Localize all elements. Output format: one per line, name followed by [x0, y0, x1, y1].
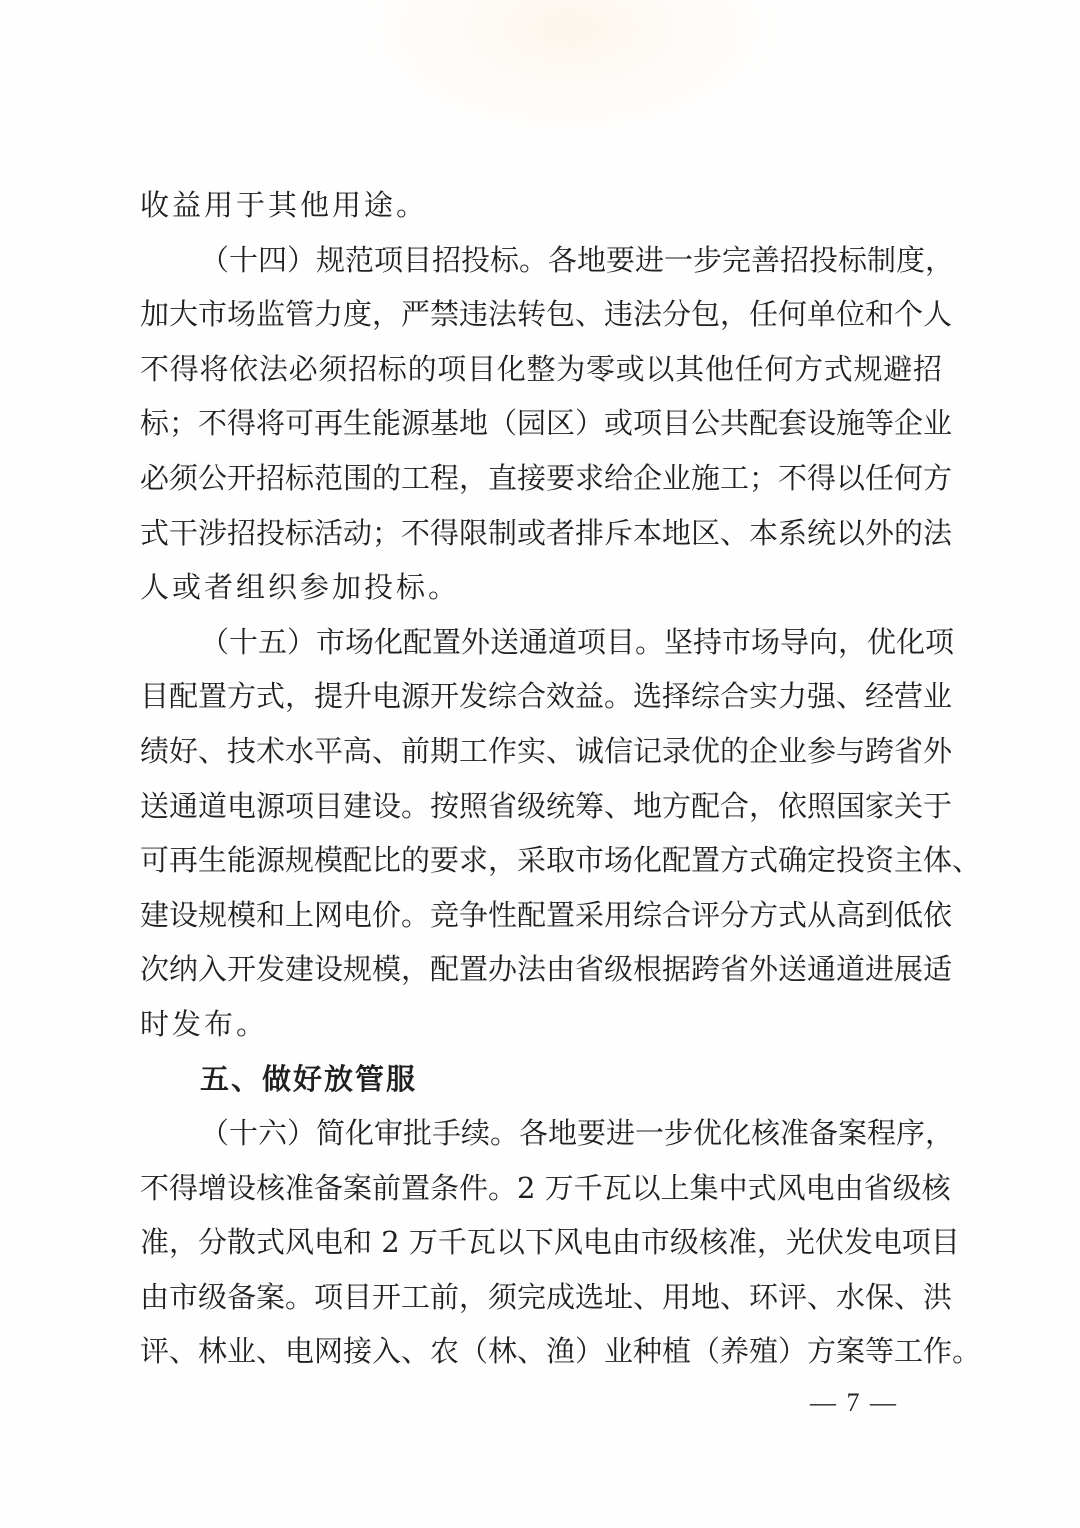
- section-14-opening: （十四）规范项目招投标。各地要进一步完善招投标制度，: [140, 233, 942, 288]
- text-line-4: 不得将依法必须招标的项目化整为零或以其他任何方式规避招: [140, 342, 942, 397]
- paragraph-text: 评、林业、电网接入、农（林、渔）业种植（养殖）方案等工作。: [140, 1324, 942, 1379]
- bleed-through-stain: [360, 0, 780, 140]
- page-number: — 7 —: [810, 1388, 898, 1418]
- text-line-3: 加大市场监管力度，严禁违法转包、违法分包，任何单位和个人: [140, 287, 942, 342]
- paragraph-text: 次纳入开发建设规模，配置办法由省级根据跨省外送通道进展适: [140, 942, 942, 997]
- paragraph-text: 目配置方式，提升电源开发综合效益。选择综合实力强、经营业: [140, 669, 942, 724]
- text-line-11: 绩好、技术水平高、前期工作实、诚信记录优的企业参与跨省外: [140, 724, 942, 779]
- paragraph-text: 可再生能源规模配比的要求，采取市场化配置方式确定投资主体、: [140, 833, 942, 888]
- text-line-10: 目配置方式，提升电源开发综合效益。选择综合实力强、经营业: [140, 669, 942, 724]
- paragraph-text: 不得增设核准备案前置条件。2 万千瓦以上集中式风电由省级核: [140, 1161, 942, 1216]
- paragraph-text: 准，分散式风电和 2 万千瓦以下风电由市级核准，光伏发电项目: [140, 1215, 942, 1270]
- text-line-15: 次纳入开发建设规模，配置办法由省级根据跨省外送通道进展适: [140, 942, 942, 997]
- text-line-8: 人或者组织参加投标。: [140, 560, 942, 615]
- paragraph-text: 送通道电源项目建设。按照省级统筹、地方配合，依照国家关于: [140, 779, 942, 834]
- paragraph-text: 标；不得将可再生能源基地（园区）或项目公共配套设施等企业: [140, 396, 942, 451]
- text-line-14: 建设规模和上网电价。竞争性配置采用综合评分方式从高到低依: [140, 888, 942, 943]
- text-line-12: 送通道电源项目建设。按照省级统筹、地方配合，依照国家关于: [140, 779, 942, 834]
- paragraph-text: 绩好、技术水平高、前期工作实、诚信记录优的企业参与跨省外: [140, 724, 942, 779]
- document-body: 收益用于其他用途。 （十四）规范项目招投标。各地要进一步完善招投标制度， 加大市…: [140, 178, 942, 1379]
- paragraph-text: 必须公开招标范围的工程，直接要求给企业施工；不得以任何方: [140, 451, 942, 506]
- text-line-22: 评、林业、电网接入、农（林、渔）业种植（养殖）方案等工作。: [140, 1324, 942, 1379]
- text-line-7: 式干涉招投标活动；不得限制或者排斥本地区、本系统以外的法: [140, 506, 942, 561]
- paragraph-text: 收益用于其他用途。: [140, 178, 942, 233]
- paragraph-text: 加大市场监管力度，严禁违法转包、违法分包，任何单位和个人: [140, 287, 942, 342]
- heading-text: 五、做好放管服: [140, 1052, 417, 1107]
- paragraph-text: 由市级备案。项目开工前，须完成选址、用地、环评、水保、洪: [140, 1270, 942, 1325]
- text-line-13: 可再生能源规模配比的要求，采取市场化配置方式确定投资主体、: [140, 833, 942, 888]
- section-16-opening: （十六）简化审批手续。各地要进一步优化核准备案程序，: [140, 1106, 942, 1161]
- paragraph-text: 不得将依法必须招标的项目化整为零或以其他任何方式规避招: [140, 342, 942, 397]
- text-line-20: 准，分散式风电和 2 万千瓦以下风电由市级核准，光伏发电项目: [140, 1215, 942, 1270]
- text-line-2: （十四）规范项目招投标。各地要进一步完善招投标制度，: [140, 233, 942, 288]
- text-line-19: 不得增设核准备案前置条件。2 万千瓦以上集中式风电由省级核: [140, 1161, 942, 1216]
- paragraph-text: 人或者组织参加投标。: [140, 560, 942, 615]
- text-line-9: （十五）市场化配置外送通道项目。坚持市场导向，优化项: [140, 615, 942, 670]
- section-heading-5: 五、做好放管服: [140, 1052, 942, 1107]
- text-line-1: 收益用于其他用途。: [140, 178, 942, 233]
- section-15-opening: （十五）市场化配置外送通道项目。坚持市场导向，优化项: [140, 615, 942, 670]
- paragraph-text: 建设规模和上网电价。竞争性配置采用综合评分方式从高到低依: [140, 888, 942, 943]
- paragraph-text: 式干涉招投标活动；不得限制或者排斥本地区、本系统以外的法: [140, 506, 942, 561]
- text-line-21: 由市级备案。项目开工前，须完成选址、用地、环评、水保、洪: [140, 1270, 942, 1325]
- text-line-6: 必须公开招标范围的工程，直接要求给企业施工；不得以任何方: [140, 451, 942, 506]
- text-line-5: 标；不得将可再生能源基地（园区）或项目公共配套设施等企业: [140, 396, 942, 451]
- paragraph-text: 时发布。: [140, 997, 942, 1052]
- text-line-16: 时发布。: [140, 997, 942, 1052]
- text-line-18: （十六）简化审批手续。各地要进一步优化核准备案程序，: [140, 1106, 942, 1161]
